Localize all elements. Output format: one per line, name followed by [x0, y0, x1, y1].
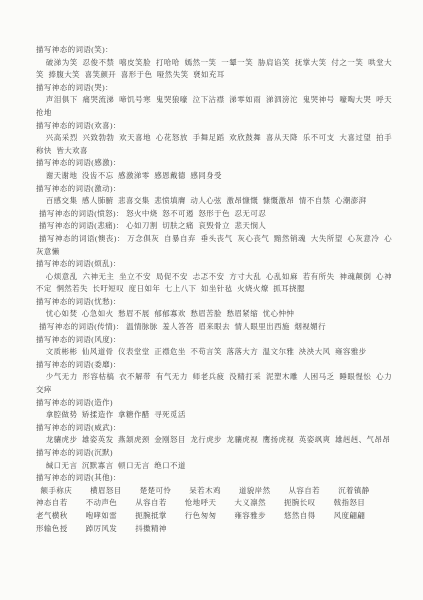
- section-words: 少气无力 形容枯槁 衣不解带 有气无力 师老兵疲 没精打采 泥塑木雕 人困马乏 …: [36, 371, 392, 396]
- word-section: 描写神态的词语(其他)： 额手称庆横眉怒目楚楚可怜呆若木鸡道貌岸然从容自若沉着镇…: [36, 472, 392, 535]
- word-item: 风度翩翩: [334, 510, 384, 523]
- section-header: 描写神态的词语(威武)：: [36, 422, 392, 435]
- section-header: 描写神态的词语(悲痛)：: [39, 221, 124, 230]
- section-header: 描写神态的词语(愤怒)：: [39, 209, 124, 218]
- section-header: 描写神态的词语(欢喜)：: [36, 120, 392, 133]
- word-section: 描写神态的词语(愤怒)： 怒火中烧 怒不可遏 怒形于色 忍无可忍: [36, 208, 392, 221]
- word-section: 描写神态的词语(哭)： 声泪俱下 痛哭流涕 啼饥号寒 鬼哭狼嚎 泣下沾襟 涕零如…: [36, 82, 392, 120]
- word-section: 描写神态的词语(烦乱)： 心烦意乱 六神无主 坐立不安 局促不安 忐忑不安 方寸…: [36, 258, 392, 296]
- section-header: 描写神态的词语(委靡)：: [36, 359, 392, 372]
- section-header: 描写神态的词语(其他)：: [36, 472, 392, 485]
- section-header: 描写神态的词语(造作): [36, 397, 392, 410]
- section-words: 拿腔做势 矫揉造作 拿糖作醋 寻死觅活: [36, 409, 392, 422]
- word-item: 抖擞精神: [135, 523, 185, 536]
- word-item: 大义凛然: [234, 497, 284, 510]
- word-item: 雍容雅步: [234, 510, 284, 523]
- section-header: 描写神态的词语(笑)：: [36, 44, 392, 57]
- section-words: 谢天谢地 没齿不忘 感激涕零 感恩戴德 感同身受: [36, 170, 392, 183]
- word-item: 行色匆匆: [185, 510, 235, 523]
- section-words: 怒火中烧 怒不可遏 怒形于色 忍无可忍: [126, 209, 266, 218]
- section-words: 兴高采烈 兴致勃勃 欢天喜地 心花怒放 手舞足蹈 欢欣鼓舞 喜从天降 乐不可支 …: [36, 132, 392, 157]
- section-words: 文质彬彬 仙风道骨 仪表堂堂 正襟危坐 不苟言笑 落落大方 温文尔雅 泱泱大风 …: [36, 346, 392, 359]
- word-item: 怆地呼天: [185, 497, 235, 510]
- word-section: 描写神态的词语(风度)： 文质彬彬 仙风道骨 仪表堂堂 正襟危坐 不苟言笑 落落…: [36, 334, 392, 359]
- section-header: 描写神态的词语(沉默): [36, 447, 392, 460]
- section-words: 心如刀割 切肤之痛 哀毁骨立 悲天悯人: [126, 221, 266, 230]
- word-item: 额手称庆: [41, 485, 91, 498]
- section-words: 温情脉脉 羞人答答 眉来眼去 情人眼里出西施 烟视媚行: [126, 322, 326, 331]
- section-words: 百感交集 感人肺腑 悲喜交集 悲愤填膺 动人心弦 激昂慷慨 慷慨激昂 情不自禁 …: [36, 195, 392, 208]
- word-section: 描写神态的词语(忧愁)： 忧心如焚 心急如火 愁眉不展 郁郁寡欢 愁眉苦脸 愁眉…: [36, 296, 392, 321]
- word-section: 描写神态的词语(欢喜)： 兴高采烈 兴致勃勃 欢天喜地 心花怒放 手舞足蹈 欢欣…: [36, 120, 392, 158]
- section-header: 描写神态的词语(激动)：: [36, 183, 392, 196]
- word-item: 扼腕长叹: [284, 497, 334, 510]
- word-item: 踔厉风发: [86, 523, 136, 536]
- word-section: 描写神态的词语(传情)： 温情脉脉 羞人答答 眉来眼去 情人眼里出西施 烟视媚行: [36, 321, 392, 334]
- section-header: 描写神态的词语(忧愁)：: [36, 296, 392, 309]
- word-item: 沉着镇静: [338, 485, 388, 498]
- word-section: 描写神态的词语(笑)： 破涕为笑 忍俊不禁 嘻皮笑脸 打哈哈 嫣然一笑 一颦一笑…: [36, 44, 392, 82]
- word-item: 道貌岸然: [239, 485, 289, 498]
- word-item: 扼腕抵掌: [135, 510, 185, 523]
- word-item: 不动声色: [86, 497, 136, 510]
- word-item: 楚楚可怜: [140, 485, 190, 498]
- section-header: 描写神态的词语(风度)：: [36, 334, 392, 347]
- section-header: 描写神态的词语(哭)：: [36, 82, 392, 95]
- section-words: 声泪俱下 痛哭流涕 啼饥号寒 鬼哭狼嚎 泣下沾襟 涕零如雨 涕泗滂沱 鬼哭神号 …: [36, 94, 392, 119]
- word-item: 神态自若: [36, 497, 86, 510]
- word-section: 描写神态的词语(委靡)： 少气无力 形容枯槁 衣不解带 有气无力 师老兵疲 没精…: [36, 359, 392, 397]
- section-header: 描写神态的词语(感激)：: [36, 157, 392, 170]
- word-section: 描写神态的词语(感激)： 谢天谢地 没齿不忘 感激涕零 感恩戴德 感同身受: [36, 157, 392, 182]
- section-header: 描写神态的词语(懊丧)：: [39, 234, 125, 243]
- word-item: 从容自若: [135, 497, 185, 510]
- word-item: 咆哮如雷: [86, 510, 136, 523]
- section-words: 龙骧虎步 雄姿英发 燕颔虎颈 金刚怒目 龙行虎步 龙骧虎视 鹰扬虎视 英姿飒爽 …: [36, 434, 392, 447]
- word-section: 描写神态的词语(造作) 拿腔做势 矫揉造作 拿糖作醋 寻死觅活: [36, 397, 392, 422]
- word-item: 悠然自得: [284, 510, 334, 523]
- word-item: 戟指怒目: [334, 497, 384, 510]
- word-section: 描写神态的词语(悲痛)： 心如刀割 切肤之痛 哀毁骨立 悲天悯人: [36, 220, 392, 233]
- word-item: 横眉怒目: [90, 485, 140, 498]
- word-section: 描写神态的词语(激动)： 百感交集 感人肺腑 悲喜交集 悲愤填膺 动人心弦 激昂…: [36, 183, 392, 208]
- section-words: 缄口无言 沉默寡言 顿口无言 绝口不道: [36, 460, 392, 473]
- section-header: 描写神态的词语(传情)：: [39, 322, 124, 331]
- section-words: 额手称庆横眉怒目楚楚可怜呆若木鸡道貌岸然从容自若沉着镇静神态自若不动声色从容自若…: [36, 485, 392, 535]
- word-section: 描写神态的词语(沉默) 缄口无言 沉默寡言 顿口无言 绝口不道: [36, 447, 392, 472]
- word-list-document: 描写神态的词语(笑)： 破涕为笑 忍俊不禁 嘻皮笑脸 打哈哈 嫣然一笑 一颦一笑…: [36, 44, 392, 535]
- section-words: 心烦意乱 六神无主 坐立不安 局促不安 忐忑不安 方寸大乱 心乱如麻 若有所失 …: [36, 271, 392, 296]
- word-item: 呆若木鸡: [189, 485, 239, 498]
- word-item: 从容自若: [288, 485, 338, 498]
- section-words: 破涕为笑 忍俊不禁 嘻皮笑脸 打哈哈 嫣然一笑 一颦一笑 胁肩谄笑 抚掌大笑 付…: [36, 57, 392, 82]
- word-section: 描写神态的词语(懊丧)： 万念俱灰 自暴自弃 垂头丧气 灰心丧气 黯然销魂 大失…: [36, 233, 392, 258]
- section-header: 描写神态的词语(烦乱)：: [36, 258, 392, 271]
- word-item: 老气横秋: [36, 510, 86, 523]
- section-words: 忧心如焚 心急如火 愁眉不展 郁郁寡欢 愁眉苦脸 愁眉紧缩 忧心忡忡: [36, 308, 392, 321]
- document-page: 描写神态的词语(笑)： 破涕为笑 忍俊不禁 嘻皮笑脸 打哈哈 嫣然一笑 一颦一笑…: [0, 0, 423, 600]
- word-item: 形输色授: [36, 523, 86, 536]
- word-section: 描写神态的词语(威武)： 龙骧虎步 雄姿英发 燕颔虎颈 金刚怒目 龙行虎步 龙骧…: [36, 422, 392, 447]
